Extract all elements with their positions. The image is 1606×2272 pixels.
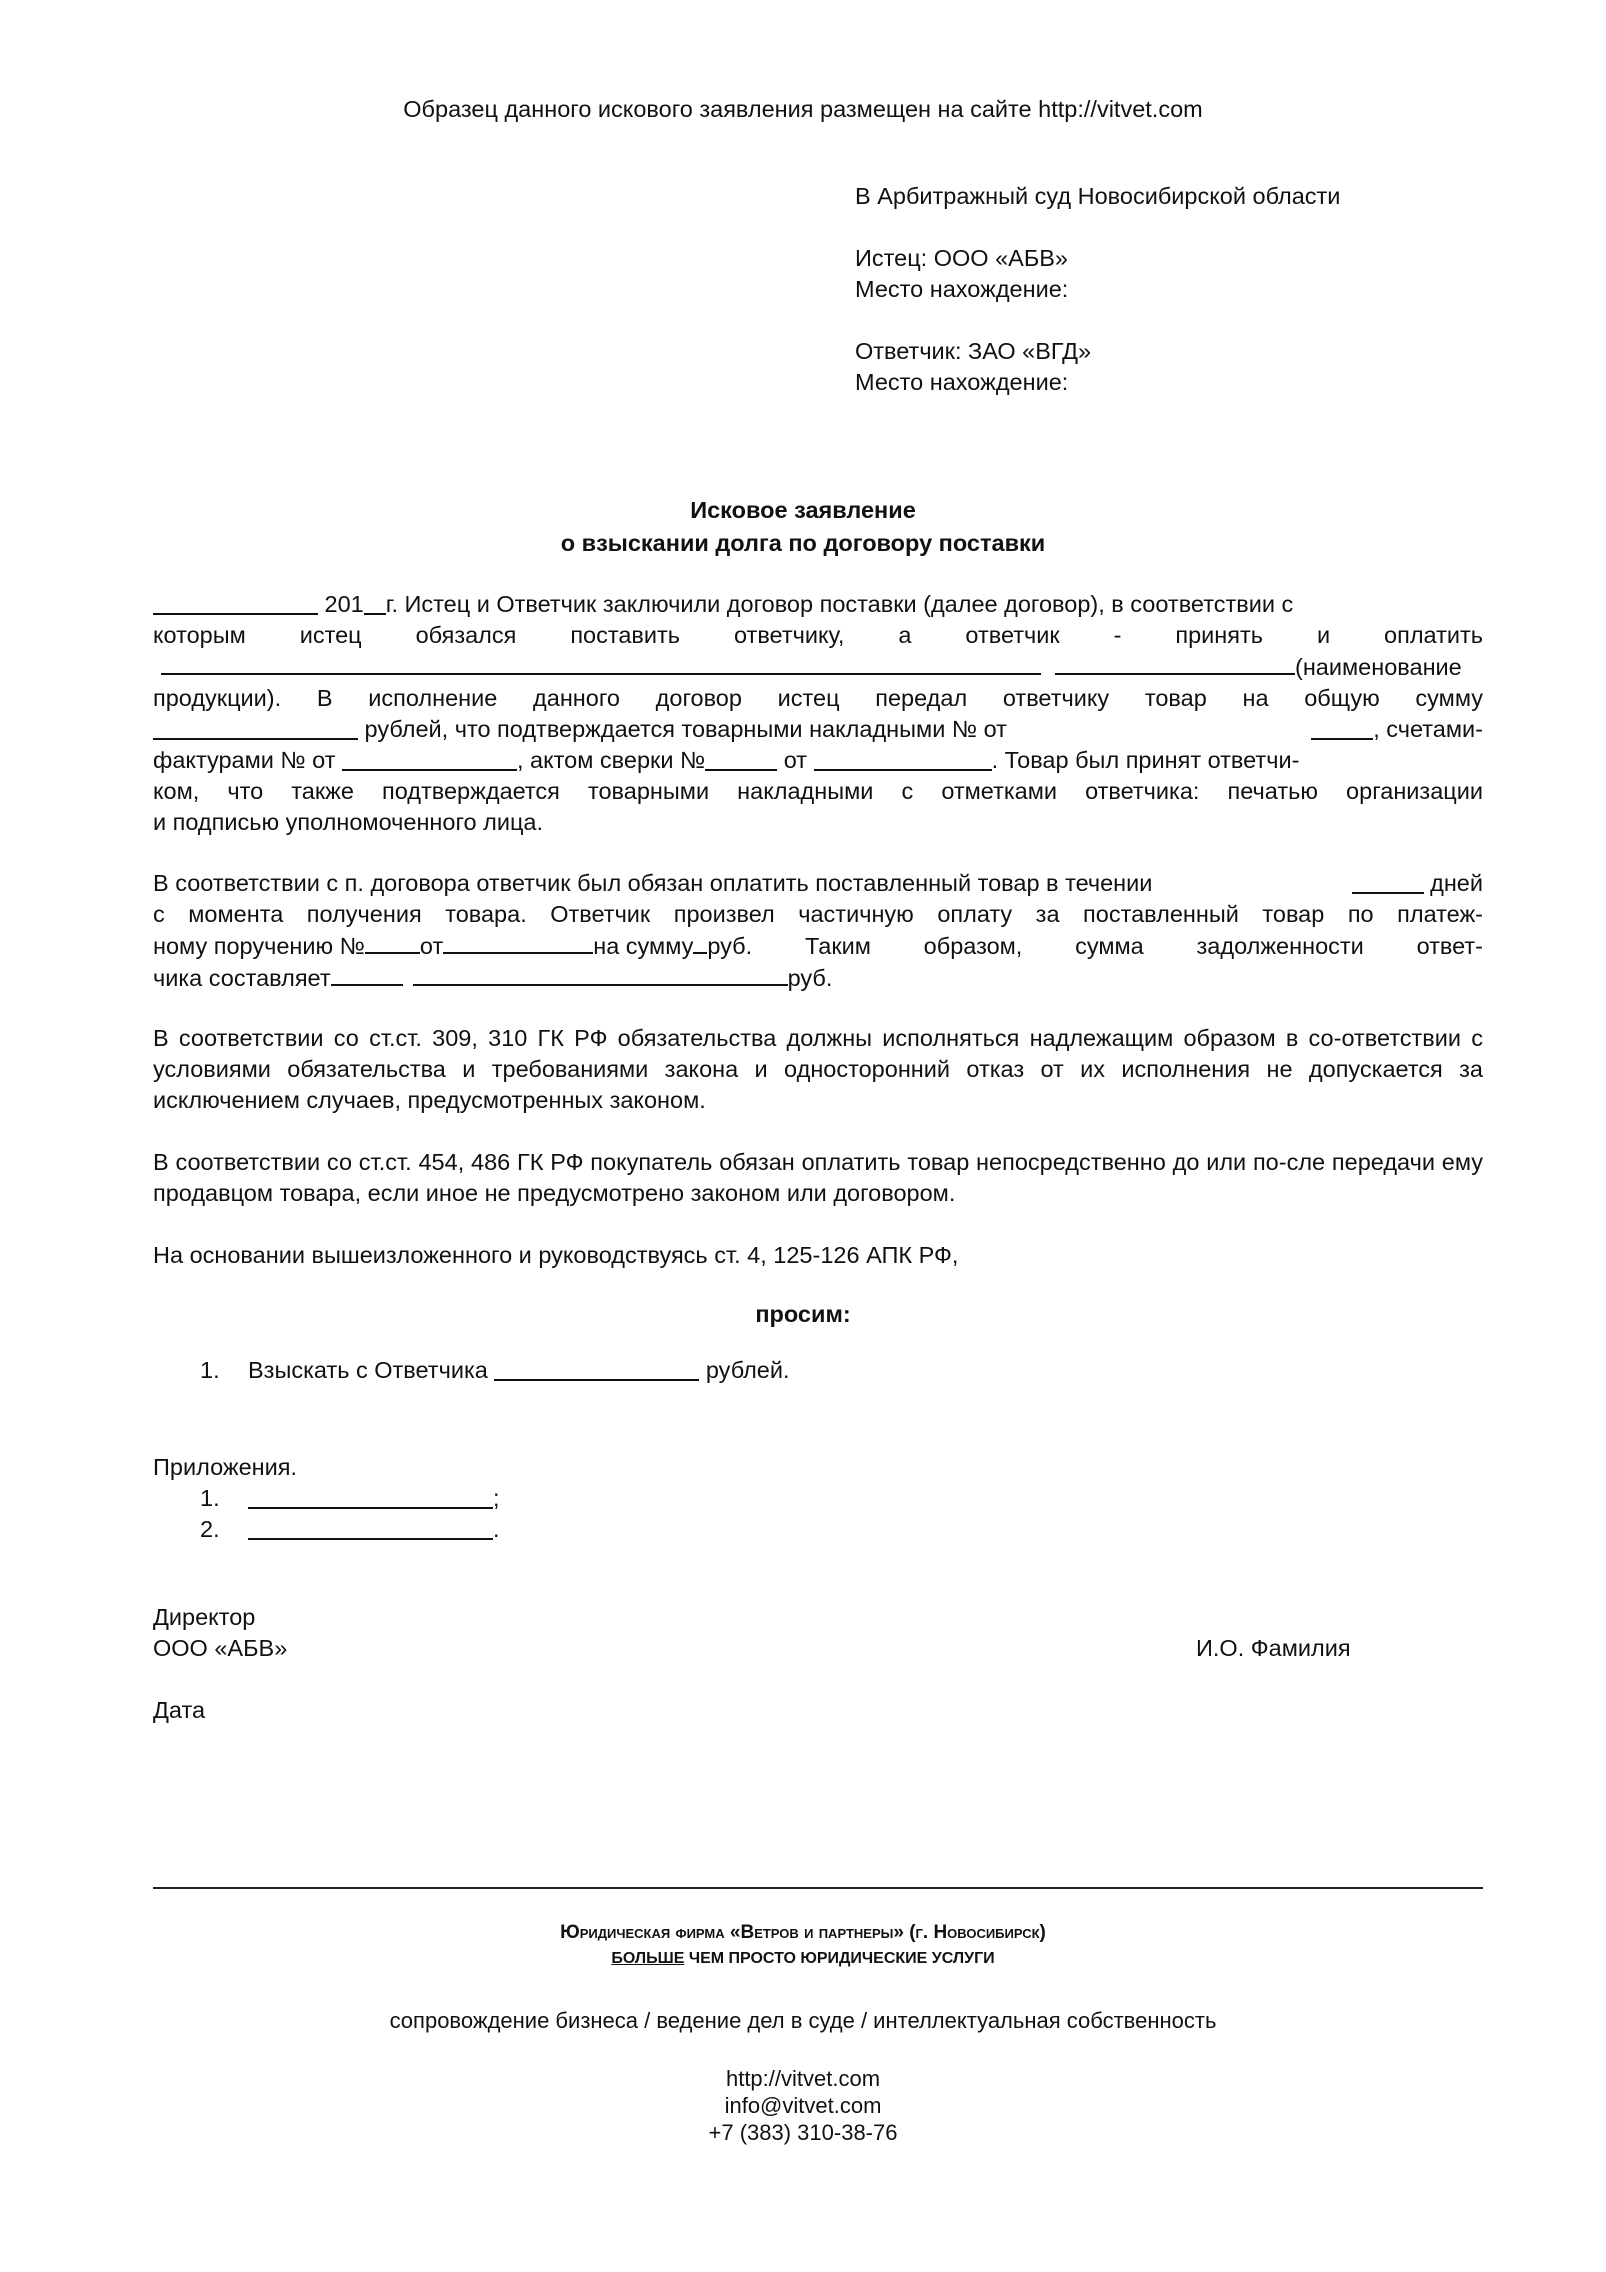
footer-divider bbox=[153, 1887, 1483, 1889]
paragraph-law-309: В соответствии со ст.ст. 309, 310 ГК РФ … bbox=[153, 1023, 1483, 1116]
plaintiff-location: Место нахождение: bbox=[855, 274, 1340, 305]
paragraph-payment: В соответствии с п. договора ответчик бы… bbox=[153, 868, 1483, 994]
blank-payment-date[interactable] bbox=[443, 930, 593, 954]
signature-block: Директор ООО «АБВ» bbox=[153, 1602, 287, 1664]
firm-slogan: Больше чем просто юридические услуги bbox=[0, 1947, 1606, 1971]
attachments-heading: Приложения. bbox=[153, 1452, 500, 1483]
blank-debt-digits[interactable] bbox=[331, 962, 403, 986]
firm-services: сопровождение бизнеса / ведение дел в су… bbox=[0, 2006, 1606, 2036]
blank-attachment-1[interactable] bbox=[248, 1485, 493, 1509]
date-label: Дата bbox=[153, 1695, 205, 1726]
blank-payment-order-no[interactable] bbox=[365, 930, 420, 954]
paragraph-basis: На основании вышеизложенного и руководст… bbox=[153, 1240, 1483, 1271]
blank-attachment-2[interactable] bbox=[248, 1516, 493, 1540]
blank-reconciliation-date[interactable] bbox=[814, 747, 992, 771]
defendant: Ответчик: ЗАО «ВГД» bbox=[855, 336, 1340, 367]
firm-contacts: http://vitvet.com info@vitvet.com +7 (38… bbox=[0, 2065, 1606, 2146]
blank-claim-sum[interactable] bbox=[494, 1357, 699, 1381]
blank-year[interactable] bbox=[364, 591, 386, 615]
title-line-1: Исковое заявление bbox=[0, 494, 1606, 527]
blank-invoice-date[interactable] bbox=[1311, 716, 1373, 740]
firm-name: Юридическая фирма «Ветров и партнеры» (г… bbox=[0, 1921, 1606, 1945]
blank-days[interactable] bbox=[1352, 870, 1424, 894]
request-heading: просим: bbox=[0, 1299, 1606, 1329]
document-title: Исковое заявление о взыскании долга по д… bbox=[0, 494, 1606, 560]
blank-product-2[interactable] bbox=[1055, 651, 1295, 675]
blank-debt-words[interactable] bbox=[413, 962, 788, 986]
paragraph-law-454: В соответствии со ст.ст. 454, 486 ГК РФ … bbox=[153, 1147, 1483, 1209]
paragraph-contract: 201г. Истец и Ответчик заключили договор… bbox=[153, 589, 1483, 838]
attachment-item: 2.. bbox=[153, 1514, 500, 1545]
blank-date[interactable] bbox=[153, 591, 318, 615]
plaintiff: Истец: ООО «АБВ» bbox=[855, 243, 1340, 274]
defendant-location: Место нахождение: bbox=[855, 367, 1340, 398]
title-line-2: о взыскании долга по договору поставки bbox=[0, 527, 1606, 560]
blank-total-sum[interactable] bbox=[153, 716, 358, 740]
signer-company: ООО «АБВ» bbox=[153, 1633, 287, 1664]
website-link[interactable]: http://vitvet.com bbox=[0, 2065, 1606, 2092]
phone-number: +7 (383) 310-38-76 bbox=[0, 2119, 1606, 2146]
blank-invoice-factura-date[interactable] bbox=[342, 747, 517, 771]
request-item: 1.Взыскать с Ответчика рублей. bbox=[200, 1355, 790, 1385]
blank-product[interactable] bbox=[161, 651, 1041, 675]
blank-reconciliation-no[interactable] bbox=[705, 747, 777, 771]
court-name: В Арбитражный суд Новосибирской области bbox=[855, 181, 1340, 212]
email-link[interactable]: info@vitvet.com bbox=[0, 2092, 1606, 2119]
attachments: Приложения. 1.; 2.. bbox=[153, 1452, 500, 1545]
blank-payment-sum[interactable] bbox=[693, 930, 707, 954]
site-note: Образец данного искового заявления разме… bbox=[0, 94, 1606, 124]
signer-name: И.О. Фамилия bbox=[1196, 1633, 1351, 1664]
signer-position: Директор bbox=[153, 1602, 287, 1633]
addressee-block: В Арбитражный суд Новосибирской области … bbox=[855, 181, 1340, 398]
attachment-item: 1.; bbox=[153, 1483, 500, 1514]
